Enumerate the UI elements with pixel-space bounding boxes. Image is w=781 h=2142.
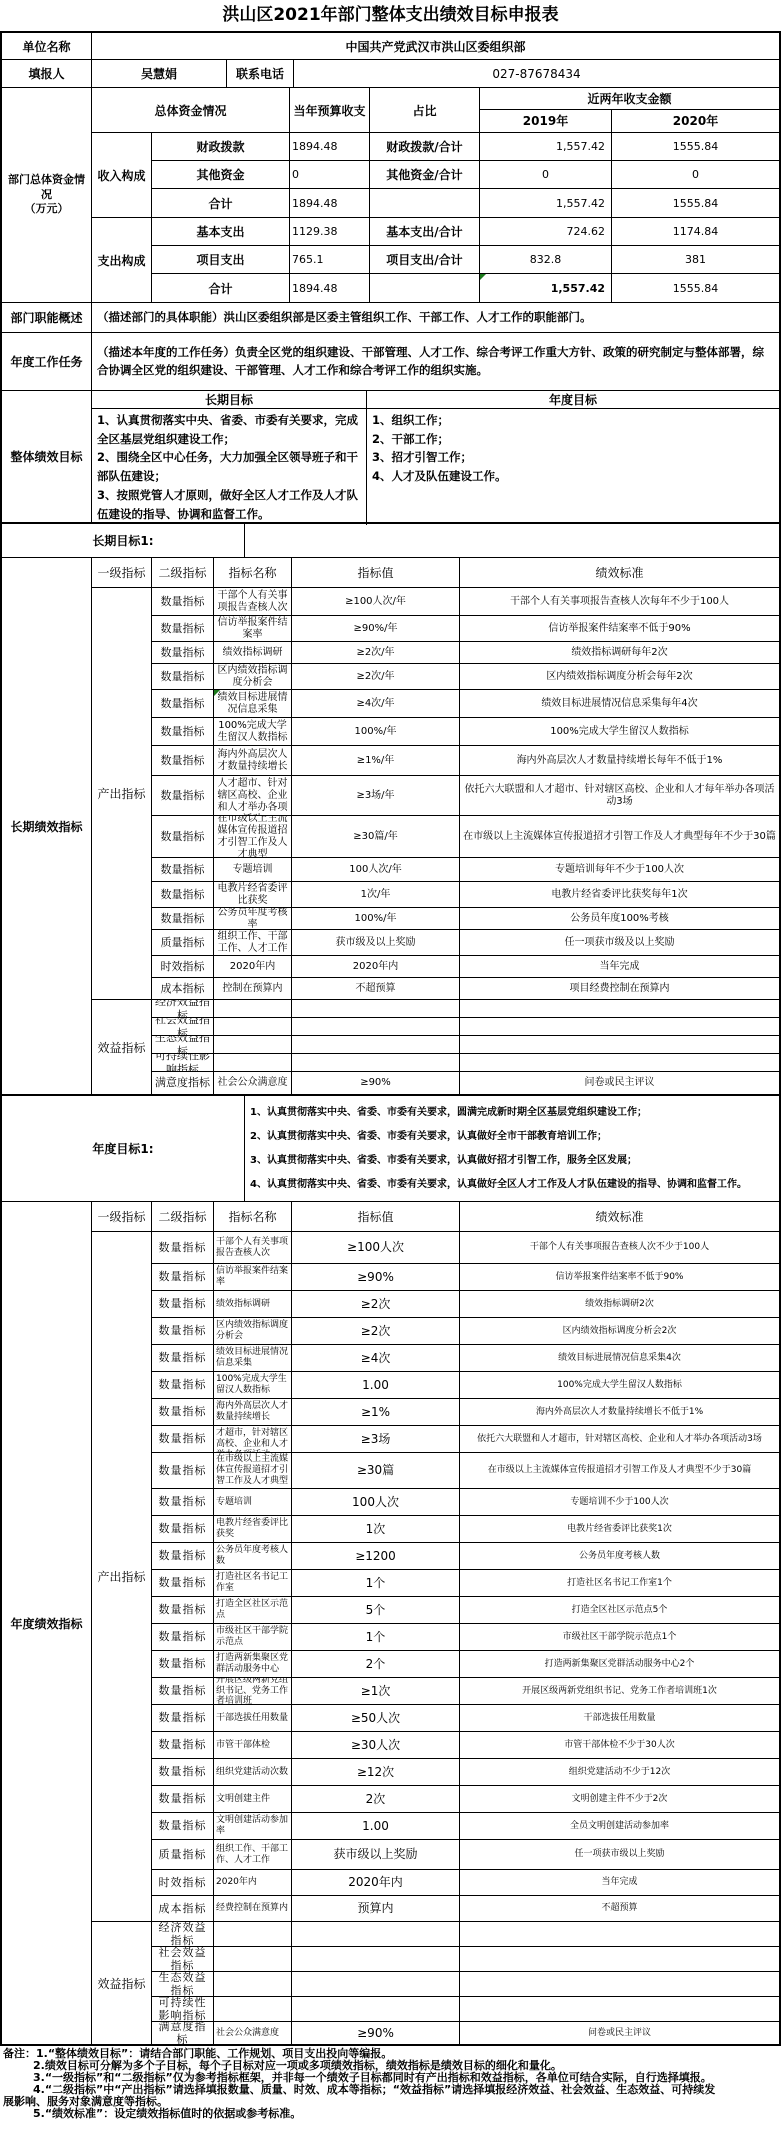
indicator-value: ≥4次/年 (356, 698, 394, 710)
indicator-name-cell: 公务员年度考核人数 (214, 1543, 292, 1569)
indicator-name: 公务员年度考核率 (216, 908, 289, 929)
value-2020: 381 (612, 246, 779, 273)
level2-indicator-label: 成本指标 (159, 1902, 207, 1915)
level2-indicator-cell: 数量指标 (152, 1678, 214, 1704)
indicator-value: ≥1%/年 (357, 755, 395, 767)
indicator-standard: 干部个人有关事项报告查核人次每年不少于100人 (510, 596, 729, 608)
indicator-name-cell: 电教片经省委评比获奖 (214, 1516, 292, 1542)
indicator-value: ≥2次/年 (356, 647, 394, 659)
phone-label: 联系电话 (227, 60, 294, 87)
indicator-name-cell (214, 1036, 292, 1053)
level2-indicator-label: 数量指标 (161, 912, 205, 925)
table-row: 数量指标 海内外高层次人才数量持续增长 ≥1% 海内外高层次人才数量持续增长不低… (152, 1399, 779, 1426)
indicator-standard: 打造两新集聚区党群活动服务中心2个 (545, 1659, 695, 1670)
level2-indicator-cell: 可持续性影响指标 (152, 1997, 214, 2021)
level2-indicator-cell: 数量指标 (152, 1453, 214, 1488)
table-row: 时效指标 2020年内 2020年内 当年完成 (152, 1870, 779, 1896)
indicator-name-cell: 信访举报案件结案率 (214, 1264, 292, 1290)
table-row: 项目支出 765.1 项目支出/合计 832.8 381 (152, 246, 779, 274)
indicator-standard: 海内外高层次人才数量持续增长不低于1% (536, 1407, 703, 1418)
indicator-value-cell: ≥2次 (292, 1291, 460, 1317)
level1-header: 一级指标 (92, 1202, 152, 1231)
budget-value: 1894.48 (290, 133, 370, 160)
indicator-name-cell: 2020年内 (214, 956, 292, 977)
indicator-name-cell: 组织党建活动次数 (214, 1759, 292, 1785)
table-row: 数量指标 信访举报案件结案率 ≥90% 信访举报案件结案率不低于90% (152, 1264, 779, 1291)
table-row: 数量指标 区内绩效指标调度分析会 ≥2次 区内绩效指标调度分析会2次 (152, 1318, 779, 1345)
indicator-value: 2个 (366, 1657, 386, 1671)
indicator-name-cell: 海内外高层次人才数量持续增长 (214, 746, 292, 775)
indicator-standard: 绩效目标进展情况信息采集4次 (558, 1353, 681, 1364)
indicator-value-cell: 1.00 (292, 1372, 460, 1398)
standard-header: 绩效标准 (460, 558, 779, 587)
indicator-standard-cell: 全员文明创建活动参加率 (460, 1813, 779, 1839)
indicator-standard: 问卷或民主评议 (588, 2028, 651, 2039)
indicator-standard: 专题培训不少于100人次 (570, 1497, 668, 1508)
table-row: 数量指标 信访举报案件结案率 ≥90%/年 信访举报案件结案率不低于90% (152, 616, 779, 642)
indicator-standard: 信访举报案件结案率不低于90% (555, 1272, 683, 1283)
indicator-value-cell: ≥1% (292, 1399, 460, 1425)
indicator-standard-cell: 打造全区社区示范点5个 (460, 1597, 779, 1623)
indicator-value: ≥90%/年 (354, 623, 398, 635)
indicator-value: ≥2次/年 (356, 671, 394, 683)
level2-indicator-label: 数量指标 (159, 1603, 207, 1616)
indicator-standard: 打造社区名书记工作室1个 (567, 1578, 672, 1589)
indicator-value-cell: 100人次 (292, 1489, 460, 1515)
indicator-standard-cell: 文明创建主件不少于2次 (460, 1786, 779, 1812)
table-row: 数量指标 区内绩效指标调度分析会 ≥2次/年 区内绩效指标调度分析会每年2次 (152, 664, 779, 690)
level2-indicator-label: 数量指标 (159, 1738, 207, 1751)
finance-section: 部门总体资金情况 （万元） 总体资金情况 当年预算收支 占比 近两年收支金额 2… (2, 88, 779, 303)
footnotes: 备注：1.“整体绩效目标”：请结合部门职能、工作规划、项目支出投向等编报。2.绩… (0, 2046, 781, 2120)
indicator-name-cell: 市级社区干部学院示范点 (214, 1624, 292, 1650)
indicator-standard: 任一项获市级以上奖励 (574, 1849, 664, 1860)
indicator-standard: 区内绩效指标调度分析会2次 (563, 1326, 677, 1337)
indicator-name: 绩效指标调研 (223, 647, 283, 659)
level2-header: 二级指标 (152, 1202, 214, 1231)
indicator-name-cell: 信访举报案件结案率 (214, 616, 292, 641)
overall-goal-label: 整体绩效目标 (2, 391, 92, 522)
level2-indicator-cell: 数量指标 (152, 1264, 214, 1290)
indicator-value: 2次 (366, 1792, 386, 1806)
level1-indicator-label: 效益指标 (97, 1975, 145, 1992)
indicator-name: 绩效目标进展情况信息采集 (216, 692, 289, 716)
indicator-name: 打造两新集聚区党群活动服务中心 (216, 1653, 289, 1675)
indicator-value: ≥2次 (361, 1324, 391, 1338)
indicator-value-cell: ≥30篇/年 (292, 816, 460, 857)
table-row: 数量指标 干部个人有关事项报告查核人次 ≥100人次 干部个人有关事项报告查核人… (152, 1232, 779, 1264)
indicator-value-cell: ≥2次/年 (292, 664, 460, 689)
indicator-standard-cell: 信访举报案件结案率不低于90% (460, 616, 779, 641)
table-row: 成本指标 经费控制在预算内 预算内 不超预算 (152, 1896, 779, 1922)
indicator-value: 1个 (366, 1576, 386, 1590)
indicator-standard: 在市级以上主流媒体宣传报道招才引智工作及人才典型每年不少于30篇 (463, 831, 776, 843)
table-row: 数量指标 海内外高层次人才数量持续增长 ≥1%/年 海内外高层次人才数量持续增长… (152, 746, 779, 776)
indicator-standard: 海内外高层次人才数量持续增长每年不低于1% (517, 755, 723, 767)
indicator-name-cell: 绩效指标调研 (214, 642, 292, 663)
level2-indicator-cell: 数量指标 (152, 908, 214, 929)
indicator-value: ≥50人次 (351, 1711, 400, 1725)
level2-indicator-cell: 质量指标 (152, 930, 214, 955)
indicator-name: 公务员年度考核人数 (216, 1545, 289, 1567)
value-header: 指标值 (292, 558, 460, 587)
indicator-name-cell: 专题培训 (214, 858, 292, 881)
longterm-goal1-label: 长期目标1: (2, 524, 245, 557)
table-row: 数量指标 干部选拔任用数量 ≥50人次 干部选拔任用数量 (152, 1705, 779, 1732)
table-row: 成本指标 控制在预算内 不超预算 项目经费控制在预算内 (152, 978, 779, 1000)
indicator-standard-cell: 组织党建活动不少于12次 (460, 1759, 779, 1785)
level2-indicator-cell: 成本指标 (152, 1896, 214, 1921)
indicator-value-cell: 不超预算 (292, 978, 460, 999)
table-row: 质量指标 组织工作、干部工作、人才工作 获市级以上奖励 任一项获市级以上奖励 (152, 1840, 779, 1870)
level2-indicator-cell: 数量指标 (152, 1597, 214, 1623)
name-header: 指标名称 (214, 558, 292, 587)
indicator-value-cell: ≥2次 (292, 1318, 460, 1344)
indicator-standard-cell (460, 1000, 779, 1017)
indicator-value-cell: ≥100人次 (292, 1232, 460, 1263)
indicator-name-cell: 文明创建活动参加率 (214, 1813, 292, 1839)
indicator-name-cell: 专题培训 (214, 1489, 292, 1515)
table-row: 数量指标 绩效目标进展情况信息采集 ≥4次/年 绩效目标进展情况信息采集每年4次 (152, 690, 779, 718)
annual-goal1-label: 年度目标1: (2, 1096, 245, 1201)
indicator-name-cell: 公务员年度考核率 (214, 908, 292, 929)
indicator-standard: 问卷或民主评议 (585, 1077, 655, 1089)
level2-indicator-label: 数量指标 (159, 1241, 207, 1254)
two-year-header: 近两年收支金额 (480, 88, 779, 109)
level2-indicator-label: 社会效益指标 (154, 1018, 211, 1035)
level2-indicator-label: 数量指标 (159, 1657, 207, 1670)
expense-group-label: 支出构成 (92, 218, 152, 302)
budget-value: 765.1 (290, 246, 370, 273)
level1-header: 一级指标 (92, 558, 152, 587)
item-name: 基本支出 (152, 218, 290, 245)
level2-indicator-cell: 数量指标 (152, 816, 214, 857)
indicator-name-cell: 打造全区社区示范点 (214, 1597, 292, 1623)
level2-indicator-label: 成本指标 (161, 982, 205, 995)
indicator-name-cell: 依托六大联盟和人才超市，针对辖区高校、企业和人才举办各项活动 (214, 1426, 292, 1452)
indicator-standard: 公务员年度考核人数 (579, 1551, 660, 1562)
indicator-value: 预算内 (357, 1901, 393, 1915)
indicator-value: 100%/年 (355, 726, 397, 738)
level2-indicator-label: 数量指标 (159, 1297, 207, 1310)
indicator-name: 依托六大联盟和人才超市、针对辖区高校、企业和人才举办各项活动 (216, 776, 289, 815)
indicator-value: 1.00 (362, 1378, 389, 1392)
ratio-name (370, 274, 480, 302)
indicator-value-cell: ≥3场 (292, 1426, 460, 1452)
indicator-standard-cell: 当年完成 (460, 1870, 779, 1895)
unit-name-value: 中国共产党武汉市洪山区委组织部 (92, 33, 779, 59)
level2-indicator-cell: 数量指标 (152, 1516, 214, 1542)
indicator-standard-cell: 100%完成大学生留汉人数指标 (460, 1372, 779, 1398)
level1-column: 产出指标效益指标 (92, 588, 152, 1094)
indicator-value: 获市级以上奖励 (333, 1847, 417, 1861)
indicator-value-cell: 2次 (292, 1786, 460, 1812)
level2-indicator-cell: 数量指标 (152, 1489, 214, 1515)
level2-indicator-cell: 可持续性影响指标 (152, 1054, 214, 1071)
budget-value: 1894.48 (290, 274, 370, 302)
indicator-standard-cell (460, 1922, 779, 1946)
table-row: 数量指标 依托六大联盟和人才超市，针对辖区高校、企业和人才举办各项活动 ≥3场 … (152, 1426, 779, 1453)
level2-indicator-cell: 数量指标 (152, 1291, 214, 1317)
level2-indicator-cell: 数量指标 (152, 642, 214, 663)
level1-indicator-label: 产出指标 (97, 785, 145, 802)
level2-indicator-cell: 社会效益指标 (152, 1947, 214, 1971)
income-group: 收入构成 财政拨款 1894.48 财政拨款/合计 1,557.42 1555.… (92, 133, 779, 218)
indicator-standard-cell: 市管干部体检不少于30人次 (460, 1732, 779, 1758)
indicator-value-cell: 2020年内 (292, 1870, 460, 1895)
indicator-value: 1次/年 (361, 889, 391, 901)
indicator-standard-cell (460, 1054, 779, 1071)
item-name: 合计 (152, 274, 290, 302)
value-2020: 0 (612, 161, 779, 188)
indicator-standard-cell: 开展区级两新党组织书记、党务工作者培训班1次 (460, 1678, 779, 1704)
goal-content-row: 1、认真贯彻落实中央、省委、市委有关要求，完成全区基层党组织建设工作； 2、围绕… (92, 409, 779, 525)
indicator-standard: 全员文明创建活动参加率 (570, 1821, 669, 1832)
indicator-standard: 绩效指标调研每年2次 (571, 647, 667, 659)
level2-indicator-cell: 数量指标 (152, 1786, 214, 1812)
indicator-name-cell: 文明创建主件 (214, 1786, 292, 1812)
level2-indicator-cell: 时效指标 (152, 1870, 214, 1895)
indicator-value: 1个 (366, 1630, 386, 1644)
indicator-value-cell (292, 1922, 460, 1946)
task-text: （描述本年度的工作任务）负责全区党的组织建设、干部管理、人才工作、综合考评工作重… (92, 333, 779, 390)
value-2019: 832.8 (480, 246, 612, 273)
indicator-standard-cell: 依托六大联盟和人才超市、针对辖区高校、企业和人才每年举办各项活动3场 (460, 776, 779, 815)
level1-indicator-cell: 效益指标 (92, 1922, 152, 2044)
standard-header: 绩效标准 (460, 1202, 779, 1231)
table-row: 数量指标 在市级以上主流媒体宣传报道招才引智工作及人才典型 ≥30篇/年 在市级… (152, 816, 779, 858)
indicator-standard-cell (460, 1997, 779, 2021)
indicator-name-cell (214, 1922, 292, 1946)
indicator-value-cell: 1个 (292, 1624, 460, 1650)
level2-indicator-cell: 数量指标 (152, 664, 214, 689)
indicator-standard-cell: 市级社区干部学院示范点1个 (460, 1624, 779, 1650)
annual-indicator-section: 年度绩效指标 一级指标 二级指标 指标名称 指标值 绩效标准 产出指标效益指标 … (2, 1202, 779, 2044)
level2-indicator-cell: 生态效益指标 (152, 1972, 214, 1996)
indicator-standard-cell: 绩效目标进展情况信息采集4次 (460, 1345, 779, 1371)
indicator-name-cell: 社会公众满意度 (214, 2022, 292, 2044)
level2-indicator-cell: 数量指标 (152, 858, 214, 881)
level2-indicator-cell: 数量指标 (152, 1705, 214, 1731)
indicator-value: 获市级及以上奖励 (336, 937, 416, 949)
level2-indicator-cell: 数量指标 (152, 1651, 214, 1677)
footnote-line: 5.“绩效标准”：设定绩效指标值时的依据或参考标准。 (3, 2108, 723, 2120)
indicator-value-cell: ≥3场/年 (292, 776, 460, 815)
indicator-name-cell (214, 1972, 292, 1996)
indicator-value-cell (292, 1054, 460, 1071)
indicator-name-cell: 绩效指标调研 (214, 1291, 292, 1317)
level2-indicator-label: 数量指标 (161, 888, 205, 901)
indicator-value-cell: 1.00 (292, 1813, 460, 1839)
level2-indicator-label: 生态效益指标 (154, 1036, 211, 1053)
indicator-name-cell: 在市级以上主流媒体宣传报道招才引智工作及人才典型 (214, 816, 292, 857)
indicator-name: 打造全区社区示范点 (216, 1599, 289, 1621)
indicator-value: ≥1次 (361, 1684, 391, 1698)
task-label: 年度工作任务 (2, 333, 92, 390)
indicator-value: ≥90% (357, 1270, 394, 1284)
indicator-value-cell (292, 1997, 460, 2021)
level2-indicator-label: 数量指标 (159, 1819, 207, 1832)
indicator-standard-cell: 公务员年度100%考核 (460, 908, 779, 929)
level2-indicator-cell: 数量指标 (152, 1759, 214, 1785)
level1-column: 产出指标效益指标 (92, 1232, 152, 2044)
indicator-value-cell: 获市级以上奖励 (292, 1840, 460, 1869)
level2-indicator-cell: 社会效益指标 (152, 1018, 214, 1035)
indicator-name-cell: 干部个人有关事项报告查核人次 (214, 1232, 292, 1263)
table-row: 满意度指标 社会公众满意度 ≥90% 问卷或民主评议 (152, 2022, 779, 2044)
indicator-name-cell (214, 1947, 292, 1971)
level2-indicator-cell: 数量指标 (152, 1813, 214, 1839)
indicator-standard-cell: 不超预算 (460, 1896, 779, 1921)
indicator-value: ≥100人次/年 (345, 596, 406, 608)
table-row: 满意度指标 社会公众满意度 ≥90% 问卷或民主评议 (152, 1072, 779, 1094)
indicator-name: 干部个人有关事项报告查核人次 (216, 1237, 289, 1259)
level2-indicator-label: 数量指标 (161, 646, 205, 659)
indicator-standard-cell: 项目经费控制在预算内 (460, 978, 779, 999)
level2-indicator-label: 数量指标 (161, 725, 205, 738)
level2-indicator-cell: 数量指标 (152, 1426, 214, 1452)
level2-indicator-cell: 数量指标 (152, 1624, 214, 1650)
indicator-name: 在市级以上主流媒体宣传报道招才引智工作及人才典型 (216, 816, 289, 857)
item-name: 其他资金 (152, 161, 290, 188)
table-row: 数量指标 绩效目标进展情况信息采集 ≥4次 绩效目标进展情况信息采集4次 (152, 1345, 779, 1372)
overall-funds-header: 总体资金情况 (92, 88, 290, 132)
expense-group: 支出构成 基本支出 1129.38 基本支出/合计 724.62 1174.84… (92, 218, 779, 302)
indicator-value: ≥90% (357, 2026, 394, 2040)
level2-header: 二级指标 (152, 558, 214, 587)
indicator-value-cell: 预算内 (292, 1896, 460, 1921)
level2-indicator-label: 数量指标 (161, 670, 205, 683)
overall-goal-section: 整体绩效目标 长期目标 年度目标 1、认真贯彻落实中央、省委、市委有关要求，完成… (2, 391, 779, 522)
indicator-standard-cell: 海内外高层次人才数量持续增长每年不低于1% (460, 746, 779, 775)
level2-indicator-cell: 数量指标 (152, 776, 214, 815)
table-row: 时效指标 2020年内 2020年内 当年完成 (152, 956, 779, 978)
annual-goal-header: 年度目标 (367, 391, 779, 408)
indicator-standard-cell: 问卷或民主评议 (460, 1072, 779, 1094)
indicator-name-cell: 区内绩效指标调度分析会 (214, 664, 292, 689)
level2-indicator-cell: 经济效益指标 (152, 1000, 214, 1017)
indicator-standard: 文明创建主件不少于2次 (572, 1794, 668, 1805)
indicator-value-cell: ≥90% (292, 1264, 460, 1290)
indicator-rows: 数量指标 干部个人有关事项报告查核人次 ≥100人次 干部个人有关事项报告查核人… (152, 1232, 779, 2044)
level2-indicator-label: 数量指标 (159, 1711, 207, 1724)
indicator-value-cell: ≥30篇 (292, 1453, 460, 1488)
finance-header-row: 总体资金情况 当年预算收支 占比 近两年收支金额 2019年 2020年 (92, 88, 779, 133)
indicator-value-cell: ≥100人次/年 (292, 588, 460, 615)
indicator-name: 组织党建活动次数 (216, 1767, 288, 1778)
level2-indicator-cell: 数量指标 (152, 1732, 214, 1758)
level2-indicator-label: 数量指标 (161, 754, 205, 767)
indicator-name: 100%完成大学生留汉人数指标 (216, 1374, 289, 1396)
indicator-value-cell (292, 1972, 460, 1996)
indicator-value: ≥90% (360, 1077, 391, 1089)
level2-indicator-label: 可持续性影响指标 (154, 1054, 211, 1071)
table-row: 社会效益指标 (152, 1947, 779, 1972)
finance-body: 总体资金情况 当年预算收支 占比 近两年收支金额 2019年 2020年 收入构… (92, 88, 779, 302)
level2-indicator-cell: 数量指标 (152, 588, 214, 615)
indicator-name: 市级社区干部学院示范点 (216, 1626, 289, 1648)
indicator-standard: 组织党建活动不少于12次 (569, 1767, 670, 1778)
year-2020-header: 2020年 (612, 110, 779, 132)
indicator-standard-cell: 绩效指标调研2次 (460, 1291, 779, 1317)
name-header: 指标名称 (214, 1202, 292, 1231)
level2-indicator-label: 数量指标 (161, 830, 205, 843)
table-row: 生态效益指标 (152, 1972, 779, 1997)
indicator-standard-cell: 电教片经省委评比获奖1次 (460, 1516, 779, 1542)
level2-indicator-label: 经济效益指标 (154, 1000, 211, 1017)
annual-goal1-text: 1、认真贯彻落实中央、省委、市委有关要求，圆满完成新时期全区基层党组织建设工作；… (245, 1096, 779, 1201)
level2-indicator-label: 数量指标 (161, 697, 205, 710)
level2-indicator-label: 时效指标 (161, 960, 205, 973)
level2-indicator-cell: 数量指标 (152, 1570, 214, 1596)
item-name: 项目支出 (152, 246, 290, 273)
indicator-standard-cell: 问卷或民主评议 (460, 2022, 779, 2044)
level2-indicator-label: 数量指标 (159, 1270, 207, 1283)
indicator-name: 电教片经省委评比获奖 (216, 883, 289, 907)
table-row: 数量指标 文明创建主件 2次 文明创建主件不少于2次 (152, 1786, 779, 1813)
indicator-value: ≥30人次 (351, 1738, 400, 1752)
indicator-value-cell: ≥4次/年 (292, 690, 460, 717)
table-row: 可持续性影响指标 (152, 1054, 779, 1072)
longterm-goal1-content (245, 524, 779, 557)
indicator-value-cell (292, 1000, 460, 1017)
declaration-form-table: 单位名称 中国共产党武汉市洪山区委组织部 填报人 吴慧娟 联系电话 027-87… (0, 31, 781, 2046)
level2-indicator-label: 数量指标 (159, 1464, 207, 1477)
table-row: 数量指标 100%完成大学生留汉人数指标 1.00 100%完成大学生留汉人数指… (152, 1372, 779, 1399)
indicator-standard: 任一项获市级及以上奖励 (565, 937, 675, 949)
indicator-standard: 市级社区干部学院示范点1个 (563, 1632, 677, 1643)
indicator-standard: 市管干部体检不少于30人次 (564, 1740, 674, 1751)
indicator-standard-cell: 电教片经省委评比获奖每年1次 (460, 882, 779, 907)
value-2020: 1555.84 (612, 189, 779, 217)
footnote-text: 4.“二级指标”中“产出指标”请选择填报数量、质量、时效、成本等指标；“效益指标… (3, 2083, 715, 2108)
value-2019: 1,557.42 (480, 133, 612, 160)
indicator-value: 2020年内 (353, 961, 398, 973)
level2-indicator-label: 数量指标 (161, 789, 205, 802)
indicator-standard-cell: 依托六大联盟和人才超市，针对辖区高校、企业和人才举办各项活动3场 (460, 1426, 779, 1452)
indicator-name-cell: 100%完成大学生留汉人数指标 (214, 1372, 292, 1398)
table-row: 生态效益指标 (152, 1036, 779, 1054)
indicator-value: ≥12次 (357, 1765, 394, 1779)
table-row: 数量指标 市级社区干部学院示范点 1个 市级社区干部学院示范点1个 (152, 1624, 779, 1651)
table-row: 数量指标 专题培训 100人次 专题培训不少于100人次 (152, 1489, 779, 1516)
indicator-name-cell: 在市级以上主流媒体宣传报道招才引智工作及人才典型 (214, 1453, 292, 1488)
indicator-standard: 专题培训每年不少于100人次 (555, 864, 684, 876)
indicator-name-cell: 社会公众满意度 (214, 1072, 292, 1094)
indicator-name-cell: 组织工作、干部工作、人才工作 (214, 1840, 292, 1869)
indicator-standard: 打造全区社区示范点5个 (572, 1605, 668, 1616)
indicator-name: 100%完成大学生留汉人数指标 (216, 720, 289, 744)
indicator-value-cell: 2020年内 (292, 956, 460, 977)
level1-indicator-cell: 效益指标 (92, 1000, 152, 1094)
indicator-standard: 不超预算 (601, 1903, 637, 1914)
indicator-name-cell: 组织工作、干部工作、人才工作 (214, 930, 292, 955)
indicator-name-cell: 经费控制在预算内 (214, 1896, 292, 1921)
ratio-name: 其他资金/合计 (370, 161, 480, 188)
longterm-goal-text: 1、认真贯彻落实中央、省委、市委有关要求，完成全区基层党组织建设工作； 2、围绕… (92, 409, 367, 525)
budget-value: 1894.48 (290, 189, 370, 217)
longterm-indicator-label: 长期绩效指标 (2, 558, 92, 1094)
budget-value: 0 (290, 161, 370, 188)
indicator-name: 干部个人有关事项报告查核人次 (216, 590, 289, 614)
indicator-value: 2020年内 (348, 1875, 403, 1889)
indicator-name-cell: 100%完成大学生留汉人数指标 (214, 718, 292, 745)
level2-indicator-label: 经济效益指标 (154, 1922, 211, 1946)
indicator-standard-cell (460, 1972, 779, 1996)
task-section: 年度工作任务 （描述本年度的工作任务）负责全区党的组织建设、干部管理、人才工作、… (2, 333, 779, 391)
table-row: 数量指标 打造两新集聚区党群活动服务中心 2个 打造两新集聚区党群活动服务中心2… (152, 1651, 779, 1678)
indicator-header-row: 一级指标 二级指标 指标名称 指标值 绩效标准 (92, 1202, 779, 1232)
